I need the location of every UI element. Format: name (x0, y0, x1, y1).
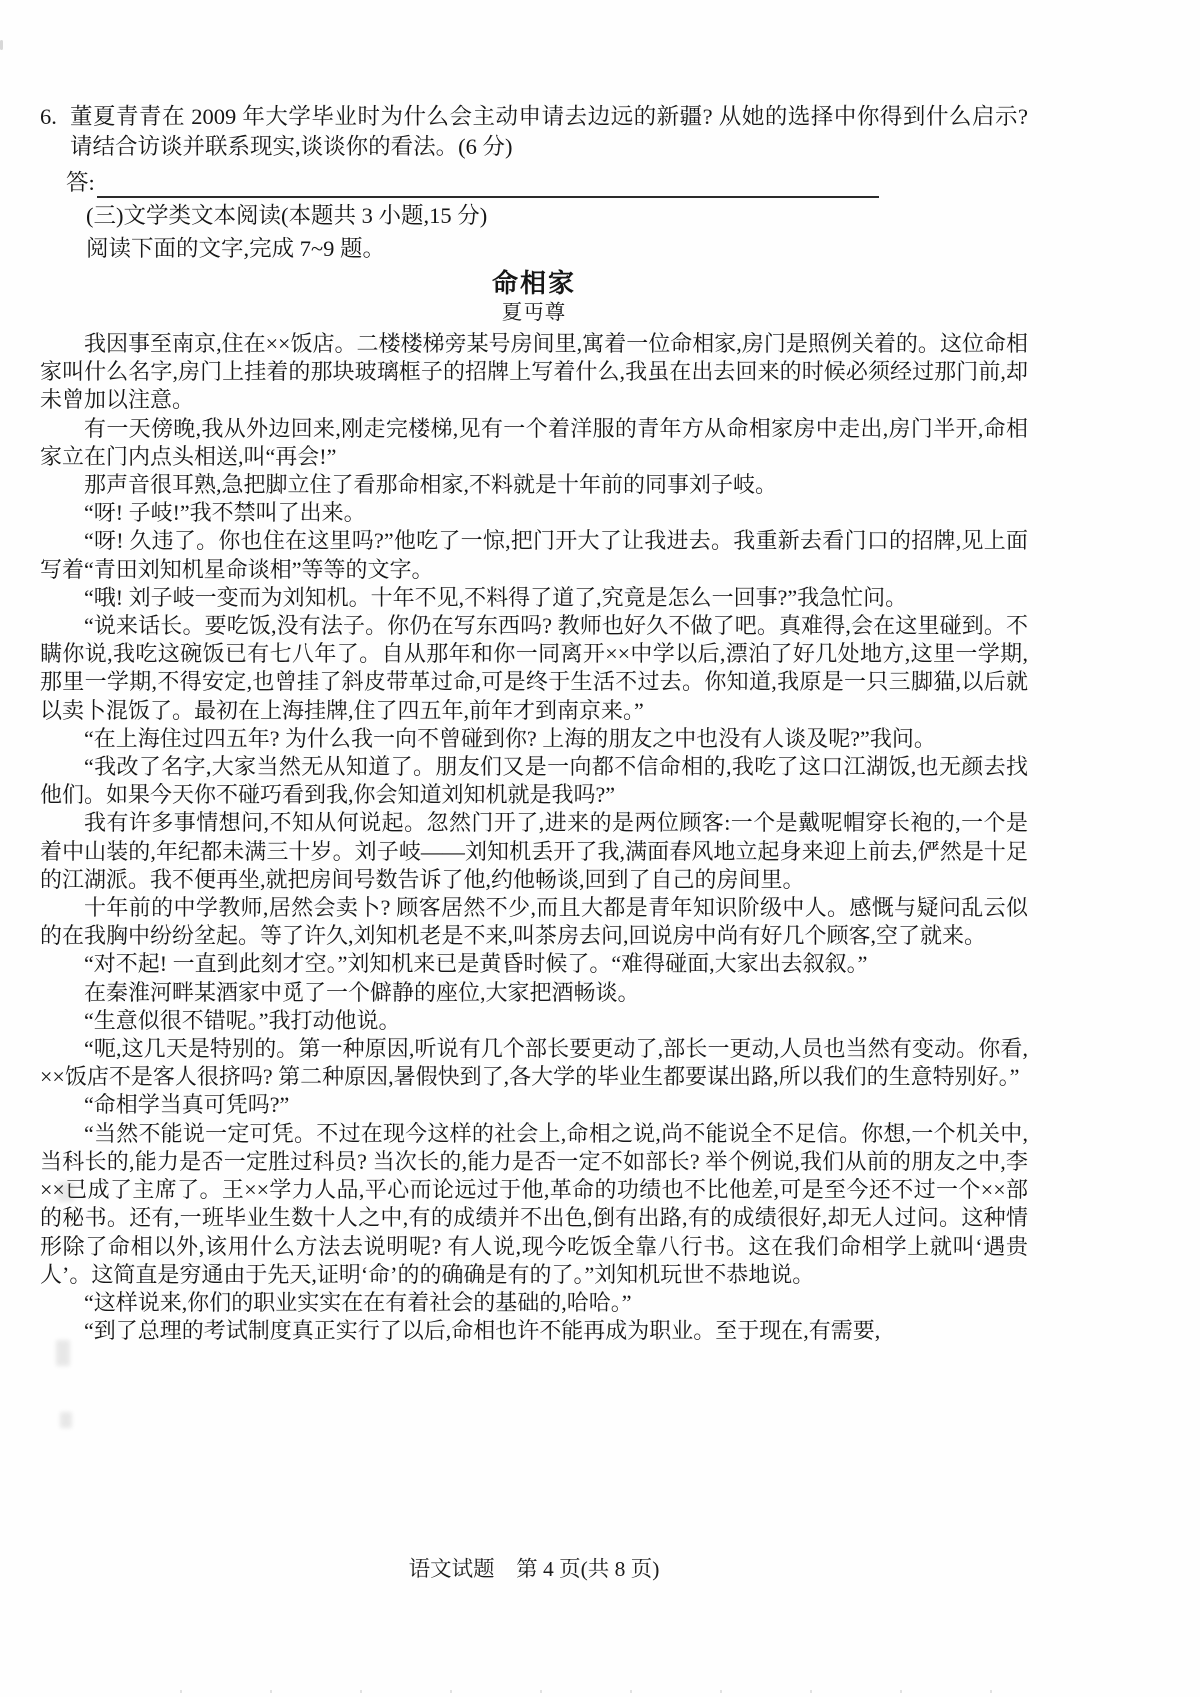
story-paragraph: “这样说来,你们的职业实实在在有着社会的基础的,哈哈。” (40, 1289, 1028, 1317)
story-paragraph: “呃,这几天是特别的。第一种原因,听说有几个部长要更动了,部长一更动,人员也当然… (40, 1035, 1028, 1091)
section-heading: (三)文学类文本阅读(本题共 3 小题,15 分) (40, 200, 1028, 231)
story-title: 命相家 (40, 268, 1028, 300)
answer-label: 答: (66, 168, 95, 198)
story-paragraph: 我因事至南京,住在××饭店。二楼楼梯旁某号房间里,寓着一位命相家,房门是照例关着… (40, 330, 1028, 415)
story-paragraph: “呀! 子岐!”我不禁叫了出来。 (40, 499, 1028, 527)
story-paragraph: “呀! 久违了。你也住在这里吗?”他吃了一惊,把门开大了让我进去。我重新去看门口… (40, 527, 1028, 583)
story-paragraph: 我有许多事情想问,不知从何说起。忽然门开了,进来的是两位顾客:一个是戴呢帽穿长袍… (40, 809, 1028, 894)
story-body: 我因事至南京,住在××饭店。二楼楼梯旁某号房间里,寓着一位命相家,房门是照例关着… (40, 330, 1028, 1345)
story-paragraph: “当然不能说一定可凭。不过在现今这样的社会上,命相之说,尚不能说全不足信。你想,… (40, 1120, 1028, 1289)
story-author: 夏丏尊 (40, 300, 1028, 326)
scan-bleedthrough-mark (60, 1412, 72, 1428)
story-paragraph: 在秦淮河畔某酒家中觅了一个僻静的座位,大家把酒畅谈。 (40, 979, 1028, 1007)
exam-paper-page: 6. 董夏青青在 2009 年大学毕业时为什么会主动申请去边远的新疆? 从她的选… (0, 0, 1200, 1697)
story-paragraph: “说来话长。要吃饭,没有法子。你仍在写东西吗? 教师也好久不做了吧。真难得,会在… (40, 612, 1028, 725)
story-paragraph: 那声音很耳熟,急把脚立住了看那命相家,不料就是十年前的同事刘子岐。 (40, 471, 1028, 499)
question-6-number: 6. (40, 102, 57, 132)
scan-noise-row (180, 1690, 1020, 1693)
story-paragraph: 有一天傍晚,我从外边回来,刚走完楼梯,见有一个着洋服的青年方从命相家房中走出,房… (40, 415, 1028, 471)
page-content: 6. 董夏青青在 2009 年大学毕业时为什么会主动申请去边远的新疆? 从她的选… (40, 102, 1028, 1345)
story-paragraph: 十年前的中学教师,居然会卖卜? 顾客居然不少,而且大都是青年知识阶级中人。感慨与… (40, 894, 1028, 950)
answer-row: 答: (40, 166, 1028, 198)
answer-blank-line (97, 170, 879, 198)
scan-bleedthrough-mark (58, 1182, 74, 1202)
story-paragraph: “生意似很不错呢。”我打动他说。 (40, 1007, 1028, 1035)
story-paragraph: “在上海住过四五年? 为什么我一向不曾碰到你? 上海的朋友之中也没有人谈及呢?”… (40, 725, 1028, 753)
story-paragraph: “哦! 刘子岐一变而为刘知机。十年不见,不料得了道了,究竟是怎么一回事?”我急忙… (40, 584, 1028, 612)
section-instruction: 阅读下面的文字,完成 7~9 题。 (40, 233, 1028, 264)
question-6-text: 董夏青青在 2009 年大学毕业时为什么会主动申请去边远的新疆? 从她的选择中你… (70, 104, 1028, 159)
story-paragraph: “我改了名字,大家当然无从知道了。朋友们又是一向都不信命相的,我吃了这口江湖饭,… (40, 753, 1028, 809)
story-paragraph: “命相学当真可凭吗?” (40, 1091, 1028, 1119)
page-footer: 语文试题 第 4 页(共 8 页) (40, 1552, 1028, 1583)
scan-speck (0, 40, 3, 50)
question-6: 6. 董夏青青在 2009 年大学毕业时为什么会主动申请去边远的新疆? 从她的选… (40, 102, 1028, 162)
story-paragraph: “对不起! 一直到此刻才空。”刘知机来已是黄昏时候了。“难得碰面,大家出去叙叙。… (40, 950, 1028, 978)
story-paragraph: “到了总理的考试制度真正实行了以后,命相也许不能再成为职业。至于现在,有需要, (40, 1317, 1028, 1345)
scan-bleedthrough-mark (56, 1340, 70, 1366)
